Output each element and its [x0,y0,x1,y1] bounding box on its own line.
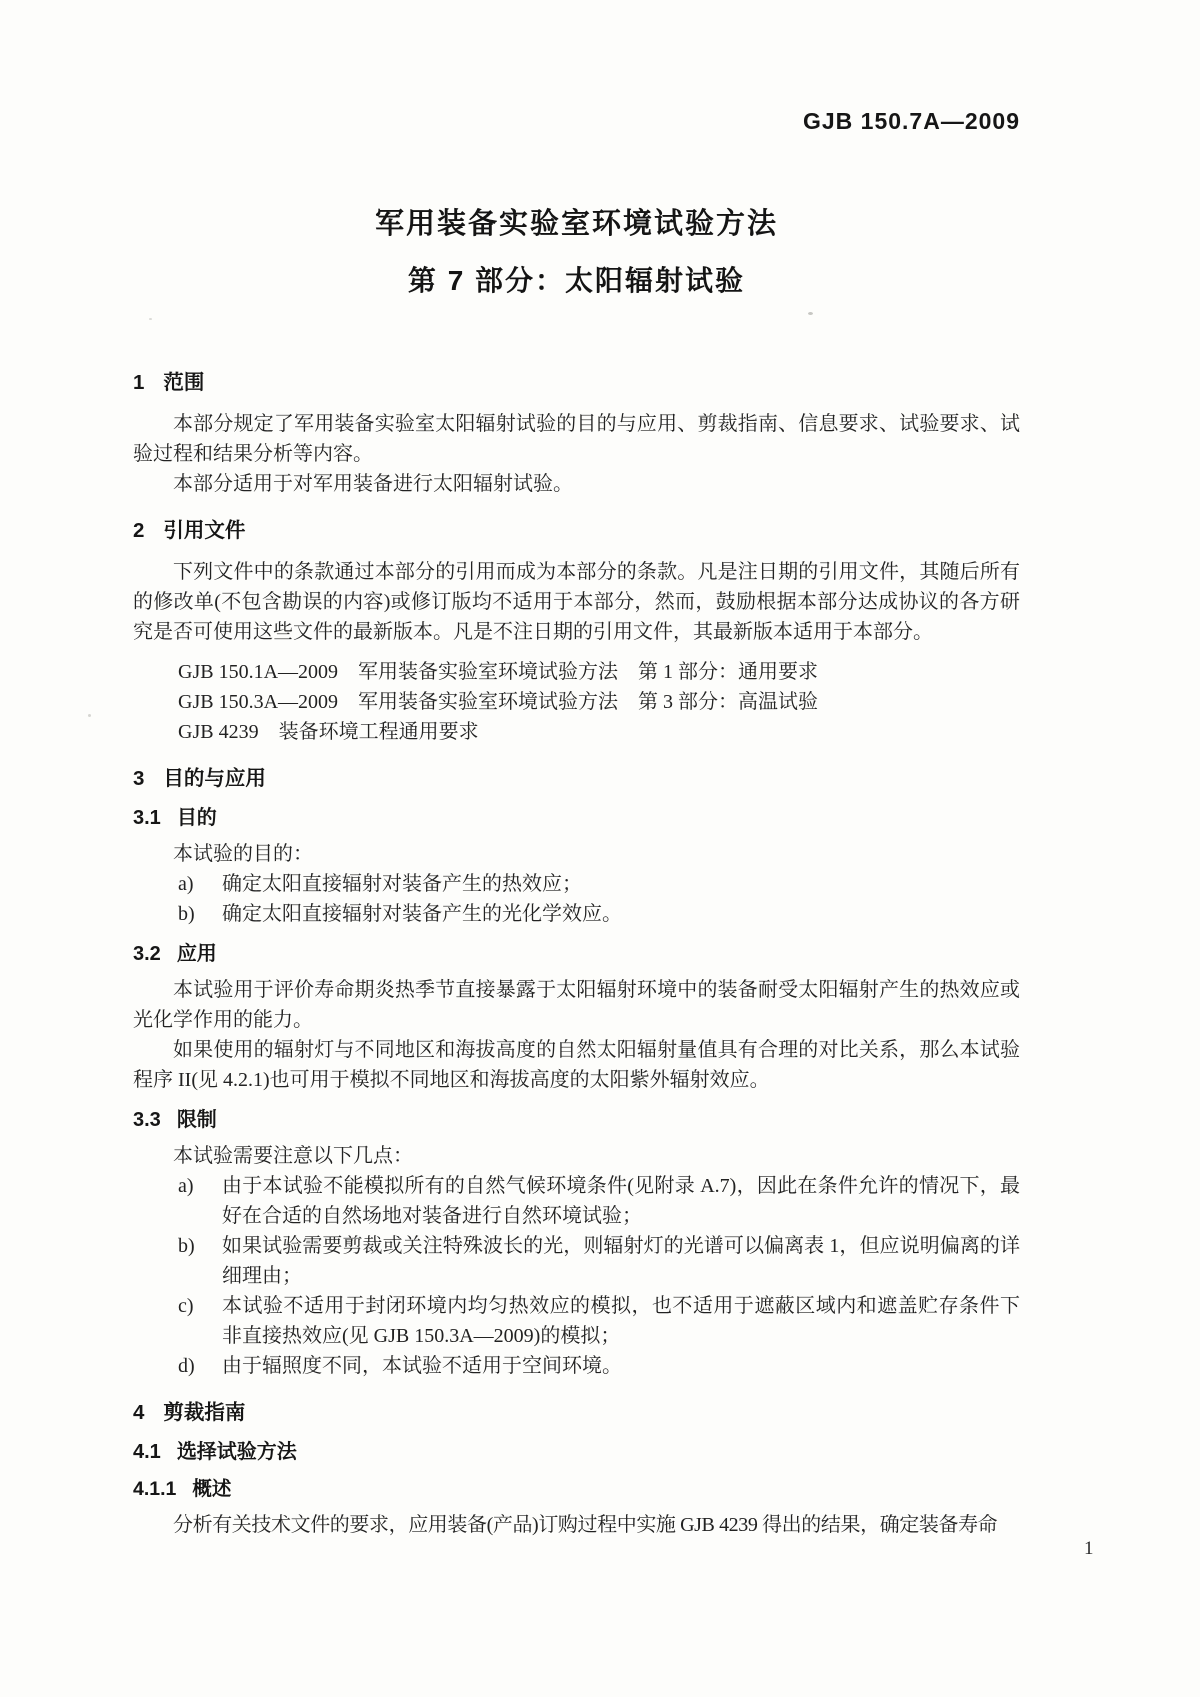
section-title: 目的 [177,807,217,829]
section-heading-4-1: 4.1选择试验方法 [133,1439,1020,1466]
section-number: 4 [133,1399,144,1426]
section-number: 3 [133,765,144,792]
list-item-c: c)本试验不适用于封闭环境内均匀热效应的模拟，也不适用于遮蔽区域内和遮盖贮存条件… [133,1291,1020,1351]
doc-title-line1: 军用装备实验室环境试验方法 [133,201,1020,242]
page-number: 1 [1084,1538,1094,1560]
list-item-b: b)如果试验需要剪裁或关注特殊波长的光，则辐射灯的光谱可以偏离表 1，但应说明偏… [133,1231,1020,1291]
paragraph: 本部分适用于对军用装备进行太阳辐射试验。 [133,469,1020,499]
paragraph: 本试验的目的： [133,839,1020,869]
section-heading-3-1: 3.1目的 [133,805,1020,832]
list-item-text: 如果试验需要剪裁或关注特殊波长的光，则辐射灯的光谱可以偏离表 1，但应说明偏离的… [222,1235,1020,1287]
document-page: GJB 150.7A—2009 军用装备实验室环境试验方法 第 7 部分：太阳辐… [0,0,1200,1697]
list-item-text: 由于本试验不能模拟所有的自然气候环境条件(见附录 A.7)，因此在条件允许的情况… [222,1175,1020,1227]
doc-title-line2: 第 7 部分：太阳辐射试验 [133,259,1020,299]
section-heading-1: 1范围 [133,369,1020,396]
section-title: 应用 [177,943,217,965]
doc-body: 1范围本部分规定了军用装备实验室太阳辐射试验的目的与应用、剪裁指南、信息要求、试… [133,369,1020,1540]
section-heading-4-1-1: 4.1.1概述 [133,1476,1020,1503]
paragraph: 本试验需要注意以下几点： [133,1141,1020,1171]
paragraph: 下列文件中的条款通过本部分的引用而成为本部分的条款。凡是注日期的引用文件，其随后… [133,557,1020,647]
scan-artifact [88,714,91,717]
section-number: 3.2 [133,941,161,968]
list-item-text: 由于辐照度不同，本试验不适用于空间环境。 [222,1355,622,1377]
section-heading-3: 3目的与应用 [133,765,1020,792]
section-heading-4: 4剪裁指南 [133,1399,1020,1426]
list-item-text: 确定太阳直接辐射对装备产生的热效应； [222,873,582,895]
list-item-label: b) [178,899,195,929]
section-title: 范围 [163,371,204,394]
paragraph: 本试验用于评价寿命期炎热季节直接暴露于太阳辐射环境中的装备耐受太阳辐射产生的热效… [133,975,1020,1035]
section-title: 概述 [192,1478,231,1500]
list-item-text: 确定太阳直接辐射对装备产生的光化学效应。 [222,903,622,925]
section-number: 2 [133,517,144,544]
list-item-label: a) [178,869,194,899]
doc-title: 军用装备实验室环境试验方法 第 7 部分：太阳辐射试验 [133,201,1020,299]
section-number: 3.1 [133,805,161,832]
section-number: 4.1.1 [133,1476,176,1503]
list-item-label: d) [178,1351,195,1381]
paragraph: 如果使用的辐射灯与不同地区和海拔高度的自然太阳辐射量值具有合理的对比关系，那么本… [133,1035,1020,1095]
section-number: 3.3 [133,1107,161,1134]
section-number: 4.1 [133,1439,161,1466]
section-title: 目的与应用 [163,767,266,790]
list-item-label: a) [178,1171,194,1201]
section-title: 限制 [177,1109,217,1131]
section-heading-3-2: 3.2应用 [133,941,1020,968]
section-heading-3-3: 3.3限制 [133,1107,1020,1134]
reference-item: GJB 150.3A—2009 军用装备实验室环境试验方法 第 3 部分：高温试… [133,687,1020,717]
section-title: 选择试验方法 [177,1441,297,1463]
reference-item: GJB 150.1A—2009 军用装备实验室环境试验方法 第 1 部分：通用要… [133,657,1020,687]
paragraph: 分析有关技术文件的要求，应用装备(产品)订购过程中实施 GJB 4239 得出的… [133,1510,1020,1540]
list-item-label: b) [178,1231,195,1261]
reference-item: GJB 4239 装备环境工程通用要求 [133,717,1020,747]
scan-artifact [808,312,813,315]
list-item-a: a)由于本试验不能模拟所有的自然气候环境条件(见附录 A.7)，因此在条件允许的… [133,1171,1020,1231]
section-number: 1 [133,369,144,396]
list-item-d: d)由于辐照度不同，本试验不适用于空间环境。 [133,1351,1020,1381]
paragraph: 本部分规定了军用装备实验室太阳辐射试验的目的与应用、剪裁指南、信息要求、试验要求… [133,409,1020,469]
scan-artifact [149,318,152,320]
doc-header: GJB 150.7A—2009 [133,0,1020,135]
list-item-a: a)确定太阳直接辐射对装备产生的热效应； [133,869,1020,899]
section-title: 剪裁指南 [163,1401,245,1424]
list-item-b: b)确定太阳直接辐射对装备产生的光化学效应。 [133,899,1020,929]
list-item-text: 本试验不适用于封闭环境内均匀热效应的模拟，也不适用于遮蔽区域内和遮盖贮存条件下非… [222,1295,1020,1347]
standard-number: GJB 150.7A—2009 [803,108,1020,134]
section-title: 引用文件 [163,519,245,542]
section-heading-2: 2引用文件 [133,517,1020,544]
list-item-label: c) [178,1291,194,1321]
